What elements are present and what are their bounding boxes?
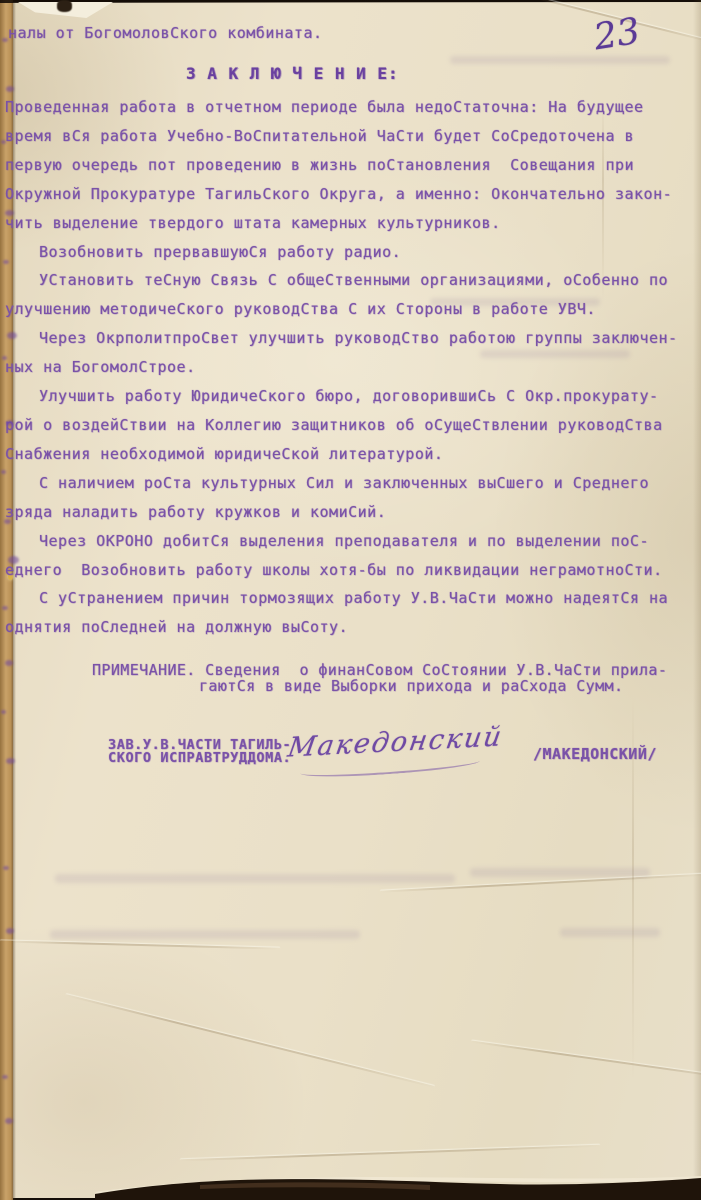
text-line: Через ОкрполитпроСвет улучшить руководСт… bbox=[5, 324, 685, 353]
ink-smudge bbox=[6, 420, 14, 426]
ink-smudge bbox=[6, 86, 14, 92]
note-block: ПРИМЕЧАНИЕ. Сведения о финанСовом СоСтоя… bbox=[92, 663, 667, 695]
page-number: 23 bbox=[591, 11, 643, 59]
top-fragment-line: налы от БогомоловСкого комбината. bbox=[8, 24, 323, 42]
document-body: Проведенная работа в отчетном периоде бы… bbox=[5, 93, 685, 642]
bleed-through-mark bbox=[560, 928, 660, 937]
bleed-through-mark bbox=[55, 874, 455, 883]
ink-smudge bbox=[7, 332, 17, 339]
signature-role: ЗАВ.У.В.ЧАСТИ ТАГИЛЬ- СКОГО ИСПРАВТРУДДО… bbox=[108, 739, 291, 765]
signature-typed-name: /МАКЕДОНСКИЙ/ bbox=[533, 745, 657, 763]
ink-smudge bbox=[1, 140, 6, 144]
ink-smudge bbox=[5, 1118, 13, 1124]
text-line: улучшению методичеСкого руководСтва С их… bbox=[5, 295, 685, 324]
bleed-through-mark bbox=[450, 56, 670, 64]
ink-smudge bbox=[5, 210, 14, 216]
text-line: еднего Возобновить работу школы хотя-бы … bbox=[5, 556, 685, 585]
text-line: первую очередь пот проведению в жизнь по… bbox=[5, 151, 685, 180]
text-line: Улучшить работу ЮридичеСкого бюро, догов… bbox=[5, 382, 685, 411]
ink-smudge bbox=[6, 758, 15, 764]
ink-smudge bbox=[1, 470, 6, 474]
ink-smudge bbox=[2, 38, 8, 42]
ink-smudge bbox=[1, 710, 6, 714]
text-line: однятия поСледней на должную выСоту. bbox=[5, 613, 685, 642]
ink-smudge bbox=[5, 660, 13, 666]
note-line: гаютСя в виде Выборки прихода и раСхода … bbox=[199, 679, 667, 695]
ink-smudge bbox=[2, 356, 7, 360]
text-line: Через ОКРОНО добитСя выделения преподава… bbox=[5, 527, 685, 556]
ink-smudge bbox=[4, 519, 11, 524]
text-line: Снабжения необходимой юридичеСкой литера… bbox=[5, 440, 685, 469]
ink-smudge bbox=[3, 866, 9, 870]
text-line: Окружной Прокуратуре ТагильСкого Округа,… bbox=[5, 180, 685, 209]
text-line: С уСтранением причин тормозящих работу У… bbox=[5, 584, 685, 613]
document-scan: 23 налы от БогомоловСкого комбината. З А… bbox=[0, 0, 701, 1200]
signature-role-line: СКОГО ИСПРАВТРУДДОМА. bbox=[108, 752, 291, 765]
bottom-page-edge bbox=[0, 1130, 701, 1200]
text-line: УСтановить теСную Связь С общеСтвенными … bbox=[5, 266, 685, 295]
ink-smudge bbox=[8, 556, 19, 564]
document-heading: З А К Л Ю Ч Е Н И Е: bbox=[186, 64, 399, 83]
bleed-through-mark bbox=[470, 868, 650, 877]
text-line: Проведенная работа в отчетном периоде бы… bbox=[5, 93, 685, 122]
text-line: С наличием роСта культурных Сил и заключ… bbox=[5, 469, 685, 498]
ink-smudge bbox=[6, 928, 14, 934]
ink-smudge bbox=[3, 260, 9, 264]
page-curl-shade bbox=[693, 0, 701, 1200]
text-line: Возобновить прервавшуюСя работу радио. bbox=[5, 238, 685, 267]
ink-smudge bbox=[2, 1075, 8, 1079]
text-line: время вСя работа Учебно-ВоСпитательной Ч… bbox=[5, 122, 685, 151]
paper-speck bbox=[57, 0, 72, 12]
text-line: зряда наладить работу кружков и комиСий. bbox=[5, 498, 685, 527]
text-line: рой о воздейСтвии на Коллегию защитников… bbox=[5, 411, 685, 440]
text-line: ных на БогомолСтрое. bbox=[5, 353, 685, 382]
ink-smudge bbox=[2, 606, 8, 610]
text-line: чить выделение твердого штата камерных к… bbox=[5, 209, 685, 238]
bleed-through-mark bbox=[50, 930, 360, 939]
